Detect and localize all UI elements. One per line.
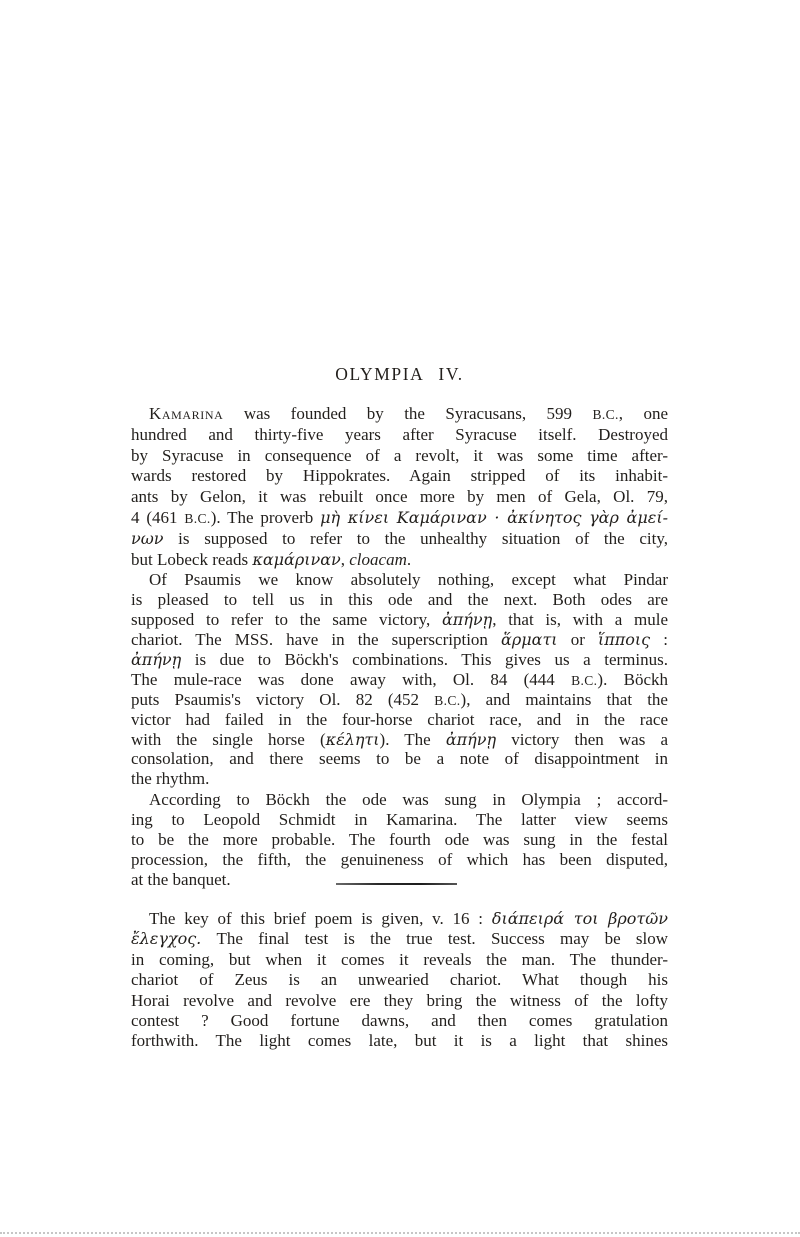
text-line: ἀπήνῃ is due to Böckh's combinations. Th…	[131, 650, 668, 670]
text-line: The key of this brief poem is given, v. …	[131, 909, 668, 929]
text-segment: chariot of Zeus is an unwearied chariot.…	[131, 970, 668, 989]
text-segment: is supposed to refer to the unhealthy si…	[164, 529, 669, 548]
text-segment: or	[558, 630, 598, 649]
text-segment: is pleased to tell us in this ode and th…	[131, 590, 668, 609]
greek-text: ἵπποις	[598, 630, 650, 649]
text-line: puts Psaumis's victory Ol. 82 (452 B.C.)…	[131, 690, 668, 710]
text-line: 4 (461 B.C.). The proverb μὴ κίνει Καμάρ…	[131, 508, 668, 529]
text-line: Of Psaumis we know absolutely nothing, e…	[131, 570, 668, 590]
paragraph-psaumis: Of Psaumis we know absolutely nothing, e…	[131, 570, 668, 789]
text-line: supposed to refer to the same victory, ἀ…	[131, 610, 668, 630]
text-line: procession, the fifth, the genuineness o…	[131, 850, 668, 870]
text-line: consolation, and there seems to be a not…	[131, 749, 668, 769]
text-line: ἔλεγχος. The final test is the true test…	[131, 929, 668, 949]
greek-text: ἀπήνῃ	[442, 610, 492, 629]
text-segment: in coming, but when it comes it reveals …	[131, 950, 668, 969]
text-segment: supposed to refer to the same victory,	[131, 610, 442, 629]
text-segment: ), and maintains that the	[461, 690, 668, 709]
text-segment: with the single horse (	[131, 730, 326, 749]
text-segment: According to Böckh the ode was sung in O…	[149, 790, 668, 809]
text-line: ing to Leopold Schmidt in Kamarina. The …	[131, 810, 668, 830]
text-segment: was founded by the Syracusans, 599	[223, 404, 592, 423]
text-line: chariot. The MSS. have in the superscrip…	[131, 630, 668, 650]
text-segment: is due to Böckh's combinations. This giv…	[181, 650, 668, 669]
text-segment: victory then was a	[496, 730, 668, 749]
text-segment: The final test is the true test. Success…	[201, 929, 668, 948]
text-segment: contest ? Good fortune dawns, and then c…	[131, 1011, 668, 1030]
text-line: at the banquet.	[131, 870, 668, 890]
greek-text: ἀπήνῃ	[446, 730, 496, 749]
text-segment: .	[407, 550, 411, 569]
text-segment: B.C.	[184, 511, 210, 526]
scan-edge-artifact	[0, 1232, 800, 1234]
greek-text: κέλητι	[326, 730, 380, 749]
text-segment: victor had failed in the four-horse char…	[131, 710, 668, 729]
text-segment: forthwith. The light comes late, but it …	[131, 1031, 668, 1050]
text-segment: ). The	[380, 730, 446, 749]
text-segment: hundred and thirty-five years after Syra…	[131, 425, 668, 444]
page-title: OLYMPIA IV.	[131, 363, 668, 385]
text-segment: B.C.	[592, 407, 618, 422]
text-line: According to Böckh the ode was sung in O…	[131, 790, 668, 810]
text-segment: puts Psaumis's victory Ol. 82 (452	[131, 690, 434, 709]
greek-text: καμάριναν	[252, 550, 340, 569]
text-line: but Lobeck reads καμάριναν, cloacam.	[131, 550, 668, 571]
text-segment: consolation, and there seems to be a not…	[131, 749, 668, 768]
greek-text: ἀπήνῃ	[131, 650, 181, 669]
greek-text: ἅρματι	[501, 630, 558, 649]
text-segment: but Lobeck reads	[131, 550, 252, 569]
text-segment: 4 (461	[131, 508, 184, 527]
text-segment: The key of this brief poem is given, v. …	[149, 909, 492, 928]
greek-text: νων	[131, 529, 164, 548]
text-line: to be the more probable. The fourth ode …	[131, 830, 668, 850]
text-segment: procession, the fifth, the genuineness o…	[131, 850, 668, 869]
text-segment: B.C.	[434, 693, 460, 708]
greek-text: ἔλεγχος.	[131, 929, 201, 948]
text-line: The mule-race was done away with, Ol. 84…	[131, 670, 668, 690]
text-segment: to be the more probable. The fourth ode …	[131, 830, 668, 849]
text-segment: B.C.	[571, 673, 597, 688]
text-line: victor had failed in the four-horse char…	[131, 710, 668, 730]
text-segment: ing to Leopold Schmidt in Kamarina. The …	[131, 810, 668, 829]
paragraph-poem-key: The key of this brief poem is given, v. …	[131, 909, 668, 1052]
greek-text: μὴ κίνει Καμάριναν · ἀκίνητος γὰρ ἀμεί-	[320, 508, 668, 527]
text-segment: , that is, with a mule	[492, 610, 668, 629]
text-segment: :	[650, 630, 668, 649]
text-line: Horai revolve and revolve ere they bring…	[131, 991, 668, 1011]
text-segment: wards restored by Hippokrates. Again str…	[131, 466, 668, 485]
text-segment: at the banquet.	[131, 870, 231, 889]
text-segment: ). Böckh	[597, 670, 668, 689]
book-page: OLYMPIA IV. Kamarina was founded by the …	[0, 0, 800, 1237]
text-segment: chariot. The MSS. have in the superscrip…	[131, 630, 501, 649]
text-line: Kamarina was founded by the Syracusans, …	[131, 404, 668, 425]
text-segment: the rhythm.	[131, 769, 209, 788]
text-segment: , one	[619, 404, 668, 423]
text-line: νων is supposed to refer to the unhealth…	[131, 529, 668, 550]
text-segment: ,	[341, 550, 350, 569]
text-segment: The mule-race was done away with, Ol. 84…	[131, 670, 571, 689]
text-line: forthwith. The light comes late, but it …	[131, 1031, 668, 1051]
text-line: contest ? Good fortune dawns, and then c…	[131, 1011, 668, 1031]
text-segment: Horai revolve and revolve ere they bring…	[131, 991, 668, 1010]
text-segment: by Syracuse in consequence of a revolt, …	[131, 446, 668, 465]
text-segment: ). The proverb	[211, 508, 320, 527]
text-line: with the single horse (κέλητι). The ἀπήν…	[131, 730, 668, 750]
text-segment: cloacam	[349, 550, 407, 569]
greek-text: διάπειρά τοι βροτῶν	[492, 909, 668, 928]
text-line: is pleased to tell us in this ode and th…	[131, 590, 668, 610]
paragraph-ode-performance: According to Böckh the ode was sung in O…	[131, 790, 668, 890]
text-line: wards restored by Hippokrates. Again str…	[131, 466, 668, 487]
text-line: chariot of Zeus is an unwearied chariot.…	[131, 970, 668, 990]
text-line: by Syracuse in consequence of a revolt, …	[131, 446, 668, 467]
section-divider-rule	[336, 883, 457, 885]
text-line: hundred and thirty-five years after Syra…	[131, 425, 668, 446]
text-segment: Kamarina	[149, 404, 223, 423]
text-line: in coming, but when it comes it reveals …	[131, 950, 668, 970]
text-line: the rhythm.	[131, 769, 668, 789]
paragraph-kamarina-history: Kamarina was founded by the Syracusans, …	[131, 404, 668, 570]
text-segment: ants by Gelon, it was rebuilt once more …	[131, 487, 668, 506]
text-segment: Of Psaumis we know absolutely nothing, e…	[149, 570, 668, 589]
text-line: ants by Gelon, it was rebuilt once more …	[131, 487, 668, 508]
